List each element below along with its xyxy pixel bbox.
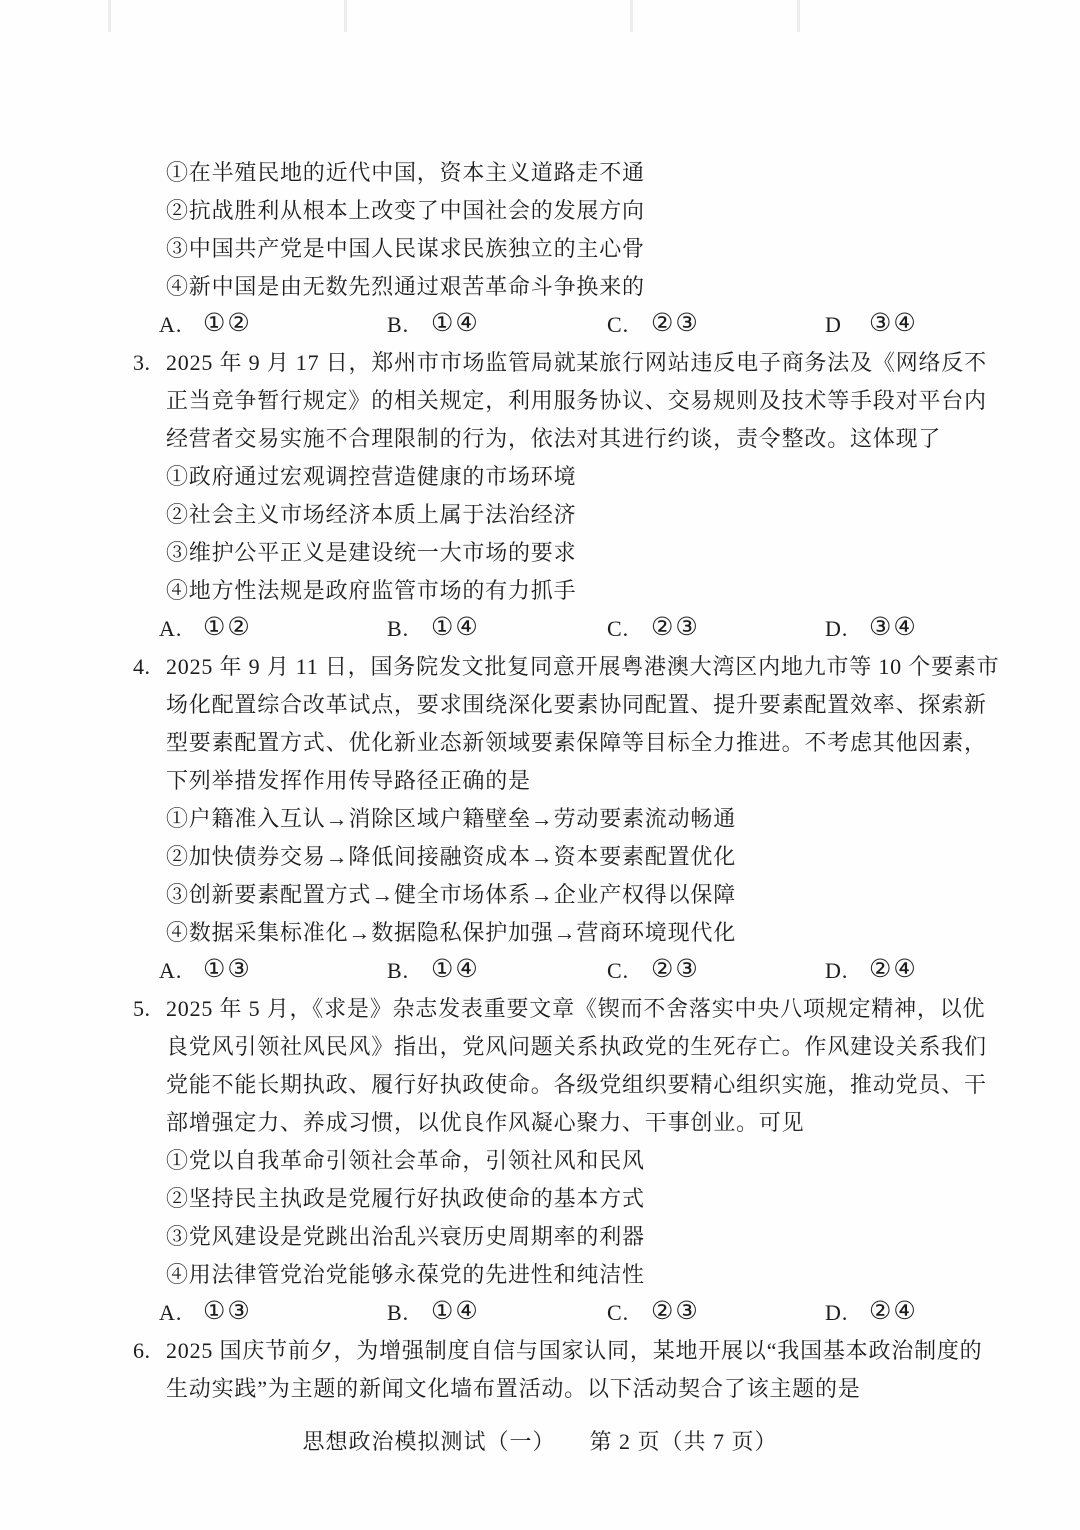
scan-artifact-tick bbox=[344, 0, 347, 32]
choice-a-label: A. bbox=[159, 952, 203, 990]
choice-c-value: ②③ bbox=[651, 310, 700, 337]
choice-b-value: ①④ bbox=[431, 614, 480, 641]
question-stem-line: 2025 年 5 月，《求是》杂志发表重要文章《锲而不舍落实中央八项规定精神，以… bbox=[166, 990, 1080, 1028]
choice-d-value: ③④ bbox=[869, 310, 918, 337]
question-option: ③中国共产党是中国人民谋求民族独立的主心骨 bbox=[166, 230, 1080, 268]
choice-c: C.②③ bbox=[607, 1294, 825, 1332]
choice-b-label: B. bbox=[387, 610, 431, 648]
question-stem-line: 良党风引领社风民风》指出，党风问题关系执政党的生死存亡。作风建设关系我们 bbox=[166, 1028, 1080, 1066]
question-option: ②加快债券交易→降低间接融资成本→资本要素配置优化 bbox=[166, 838, 1080, 876]
page-footer: 思想政治模拟测试（一） 第 2 页（共 7 页） bbox=[0, 1418, 1080, 1466]
choice-c-value: ②③ bbox=[651, 956, 700, 983]
question-stem-line: 下列举措发挥作用传导路径正确的是 bbox=[166, 762, 1080, 800]
choice-a: A.①② bbox=[159, 610, 387, 648]
choice-b-value: ①④ bbox=[431, 310, 480, 337]
choice-a-value: ①② bbox=[203, 614, 252, 641]
choice-c-value: ②③ bbox=[651, 614, 700, 641]
scan-artifact-tick bbox=[630, 0, 633, 32]
choice-b-value: ①④ bbox=[431, 956, 480, 983]
question-option: ④用法律管党治党能够永葆党的先进性和纯洁性 bbox=[166, 1256, 1080, 1294]
choice-d-value: ②④ bbox=[869, 1298, 918, 1325]
question-2-options-block: ①在半殖民地的近代中国，资本主义道路走不通 ②抗战胜利从根本上改变了中国社会的发… bbox=[0, 154, 1080, 344]
question-number: 6. bbox=[133, 1332, 151, 1370]
question-option: ④数据采集标准化→数据隐私保护加强→营商环境现代化 bbox=[166, 914, 1080, 952]
exam-page: ①在半殖民地的近代中国，资本主义道路走不通 ②抗战胜利从根本上改变了中国社会的发… bbox=[0, 0, 1080, 1530]
question-number: 3. bbox=[133, 344, 151, 382]
footer-exam-title: 思想政治模拟测试（一） bbox=[302, 1418, 555, 1466]
choice-b: B.①④ bbox=[387, 1294, 607, 1332]
choice-d: D.③④ bbox=[825, 610, 1080, 648]
choice-a-label: A. bbox=[159, 306, 203, 344]
choice-b: B.①④ bbox=[387, 952, 607, 990]
choice-c-value: ②③ bbox=[651, 1298, 700, 1325]
question-option: ④新中国是由无数先烈通过艰苦革命斗争换来的 bbox=[166, 268, 1080, 306]
choice-d: D.②④ bbox=[825, 1294, 1080, 1332]
choice-a-label: A. bbox=[159, 1294, 203, 1332]
question-stem-line: 场化配置综合改革试点，要求围绕深化要素协同配置、提升要素配置效率、探索新 bbox=[166, 686, 1080, 724]
answer-choices-row: A.①③ B.①④ C.②③ D.②④ bbox=[159, 952, 1080, 990]
question-option: ③创新要素配置方式→健全市场体系→企业产权得以保障 bbox=[166, 876, 1080, 914]
choice-c-label: C. bbox=[607, 610, 651, 648]
footer-page-number: 第 2 页（共 7 页） bbox=[590, 1418, 778, 1466]
choice-d: D.②④ bbox=[825, 952, 1080, 990]
choice-d-value: ③④ bbox=[869, 614, 918, 641]
question-6-block: 6. 2025 国庆节前夕，为增强制度自信与国家认同，某地开展以“我国基本政治制… bbox=[0, 1332, 1080, 1408]
question-option: ①党以自我革命引领社会革命，引领社风和民风 bbox=[166, 1142, 1080, 1180]
question-stem-line: 生动实践”为主题的新闻文化墙布置活动。以下活动契合了该主题的是 bbox=[166, 1370, 1080, 1408]
choice-b-label: B. bbox=[387, 952, 431, 990]
choice-a-value: ①② bbox=[203, 310, 252, 337]
choice-a: A.①② bbox=[159, 306, 387, 344]
question-option: ①政府通过宏观调控营造健康的市场环境 bbox=[166, 458, 1080, 496]
choice-b-value: ①④ bbox=[431, 1298, 480, 1325]
choice-d-label: D. bbox=[825, 610, 869, 648]
scan-artifact-tick bbox=[797, 0, 800, 32]
choice-d-label: D. bbox=[825, 952, 869, 990]
choice-b-label: B. bbox=[387, 1294, 431, 1332]
choice-d-label: D. bbox=[825, 1294, 869, 1332]
choice-c-label: C. bbox=[607, 952, 651, 990]
question-option: ④地方性法规是政府监管市场的有力抓手 bbox=[166, 572, 1080, 610]
choice-b-label: B. bbox=[387, 306, 431, 344]
question-number: 5. bbox=[133, 990, 151, 1028]
question-number: 4. bbox=[133, 648, 151, 686]
question-option: ②抗战胜利从根本上改变了中国社会的发展方向 bbox=[166, 192, 1080, 230]
question-stem-line: 经营者交易实施不合理限制的行为，依法对其进行约谈，责令整改。这体现了 bbox=[166, 420, 1080, 458]
question-stem-line: 型要素配置方式、优化新业态新领域要素保障等目标全力推进。不考虑其他因素， bbox=[166, 724, 1080, 762]
question-option: ①在半殖民地的近代中国，资本主义道路走不通 bbox=[166, 154, 1080, 192]
answer-choices-row: A.①② B.①④ C.②③ D③④ bbox=[159, 306, 1080, 344]
question-option: ②坚持民主执政是党履行好执政使命的基本方式 bbox=[166, 1180, 1080, 1218]
question-option: ①户籍准入互认→消除区域户籍壁垒→劳动要素流动畅通 bbox=[166, 800, 1080, 838]
scan-artifact-tick bbox=[108, 0, 111, 32]
choice-a-label: A. bbox=[159, 610, 203, 648]
answer-choices-row: A.①③ B.①④ C.②③ D.②④ bbox=[159, 1294, 1080, 1332]
choice-b: B.①④ bbox=[387, 610, 607, 648]
question-stem-line: 部增强定力、养成习惯，以优良作风凝心聚力、干事创业。可见 bbox=[166, 1104, 1080, 1142]
question-stem-line: 2025 年 9 月 17 日，郑州市市场监管局就某旅行网站违反电子商务法及《网… bbox=[166, 344, 1080, 382]
choice-a-value: ①③ bbox=[203, 1298, 252, 1325]
choice-a-value: ①③ bbox=[203, 956, 252, 983]
question-stem-line: 党能不能长期执政、履行好执政使命。各级党组织要精心组织实施，推动党员、干 bbox=[166, 1066, 1080, 1104]
question-3-block: 3. 2025 年 9 月 17 日，郑州市市场监管局就某旅行网站违反电子商务法… bbox=[0, 344, 1080, 648]
question-stem-line: 2025 国庆节前夕，为增强制度自信与国家认同，某地开展以“我国基本政治制度的 bbox=[166, 1332, 1080, 1370]
answer-choices-row: A.①② B.①④ C.②③ D.③④ bbox=[159, 610, 1080, 648]
question-option: ②社会主义市场经济本质上属于法治经济 bbox=[166, 496, 1080, 534]
choice-a: A.①③ bbox=[159, 952, 387, 990]
question-stem-line: 2025 年 9 月 11 日，国务院发文批复同意开展粤港澳大湾区内地九市等 1… bbox=[166, 648, 1080, 686]
choice-c: C.②③ bbox=[607, 306, 825, 344]
question-stem-line: 正当竞争暂行规定》的相关规定，利用服务协议、交易规则及技术等手段对平台内 bbox=[166, 382, 1080, 420]
question-5-block: 5. 2025 年 5 月，《求是》杂志发表重要文章《锲而不舍落实中央八项规定精… bbox=[0, 990, 1080, 1332]
choice-c: C.②③ bbox=[607, 610, 825, 648]
choice-d-value: ②④ bbox=[869, 956, 918, 983]
question-option: ③党风建设是党跳出治乱兴衰历史周期率的利器 bbox=[166, 1218, 1080, 1256]
question-option: ③维护公平正义是建设统一大市场的要求 bbox=[166, 534, 1080, 572]
choice-c: C.②③ bbox=[607, 952, 825, 990]
question-4-block: 4. 2025 年 9 月 11 日，国务院发文批复同意开展粤港澳大湾区内地九市… bbox=[0, 648, 1080, 990]
choice-d-label: D bbox=[825, 306, 869, 344]
choice-c-label: C. bbox=[607, 306, 651, 344]
choice-c-label: C. bbox=[607, 1294, 651, 1332]
choice-a: A.①③ bbox=[159, 1294, 387, 1332]
choice-d: D③④ bbox=[825, 306, 1080, 344]
choice-b: B.①④ bbox=[387, 306, 607, 344]
